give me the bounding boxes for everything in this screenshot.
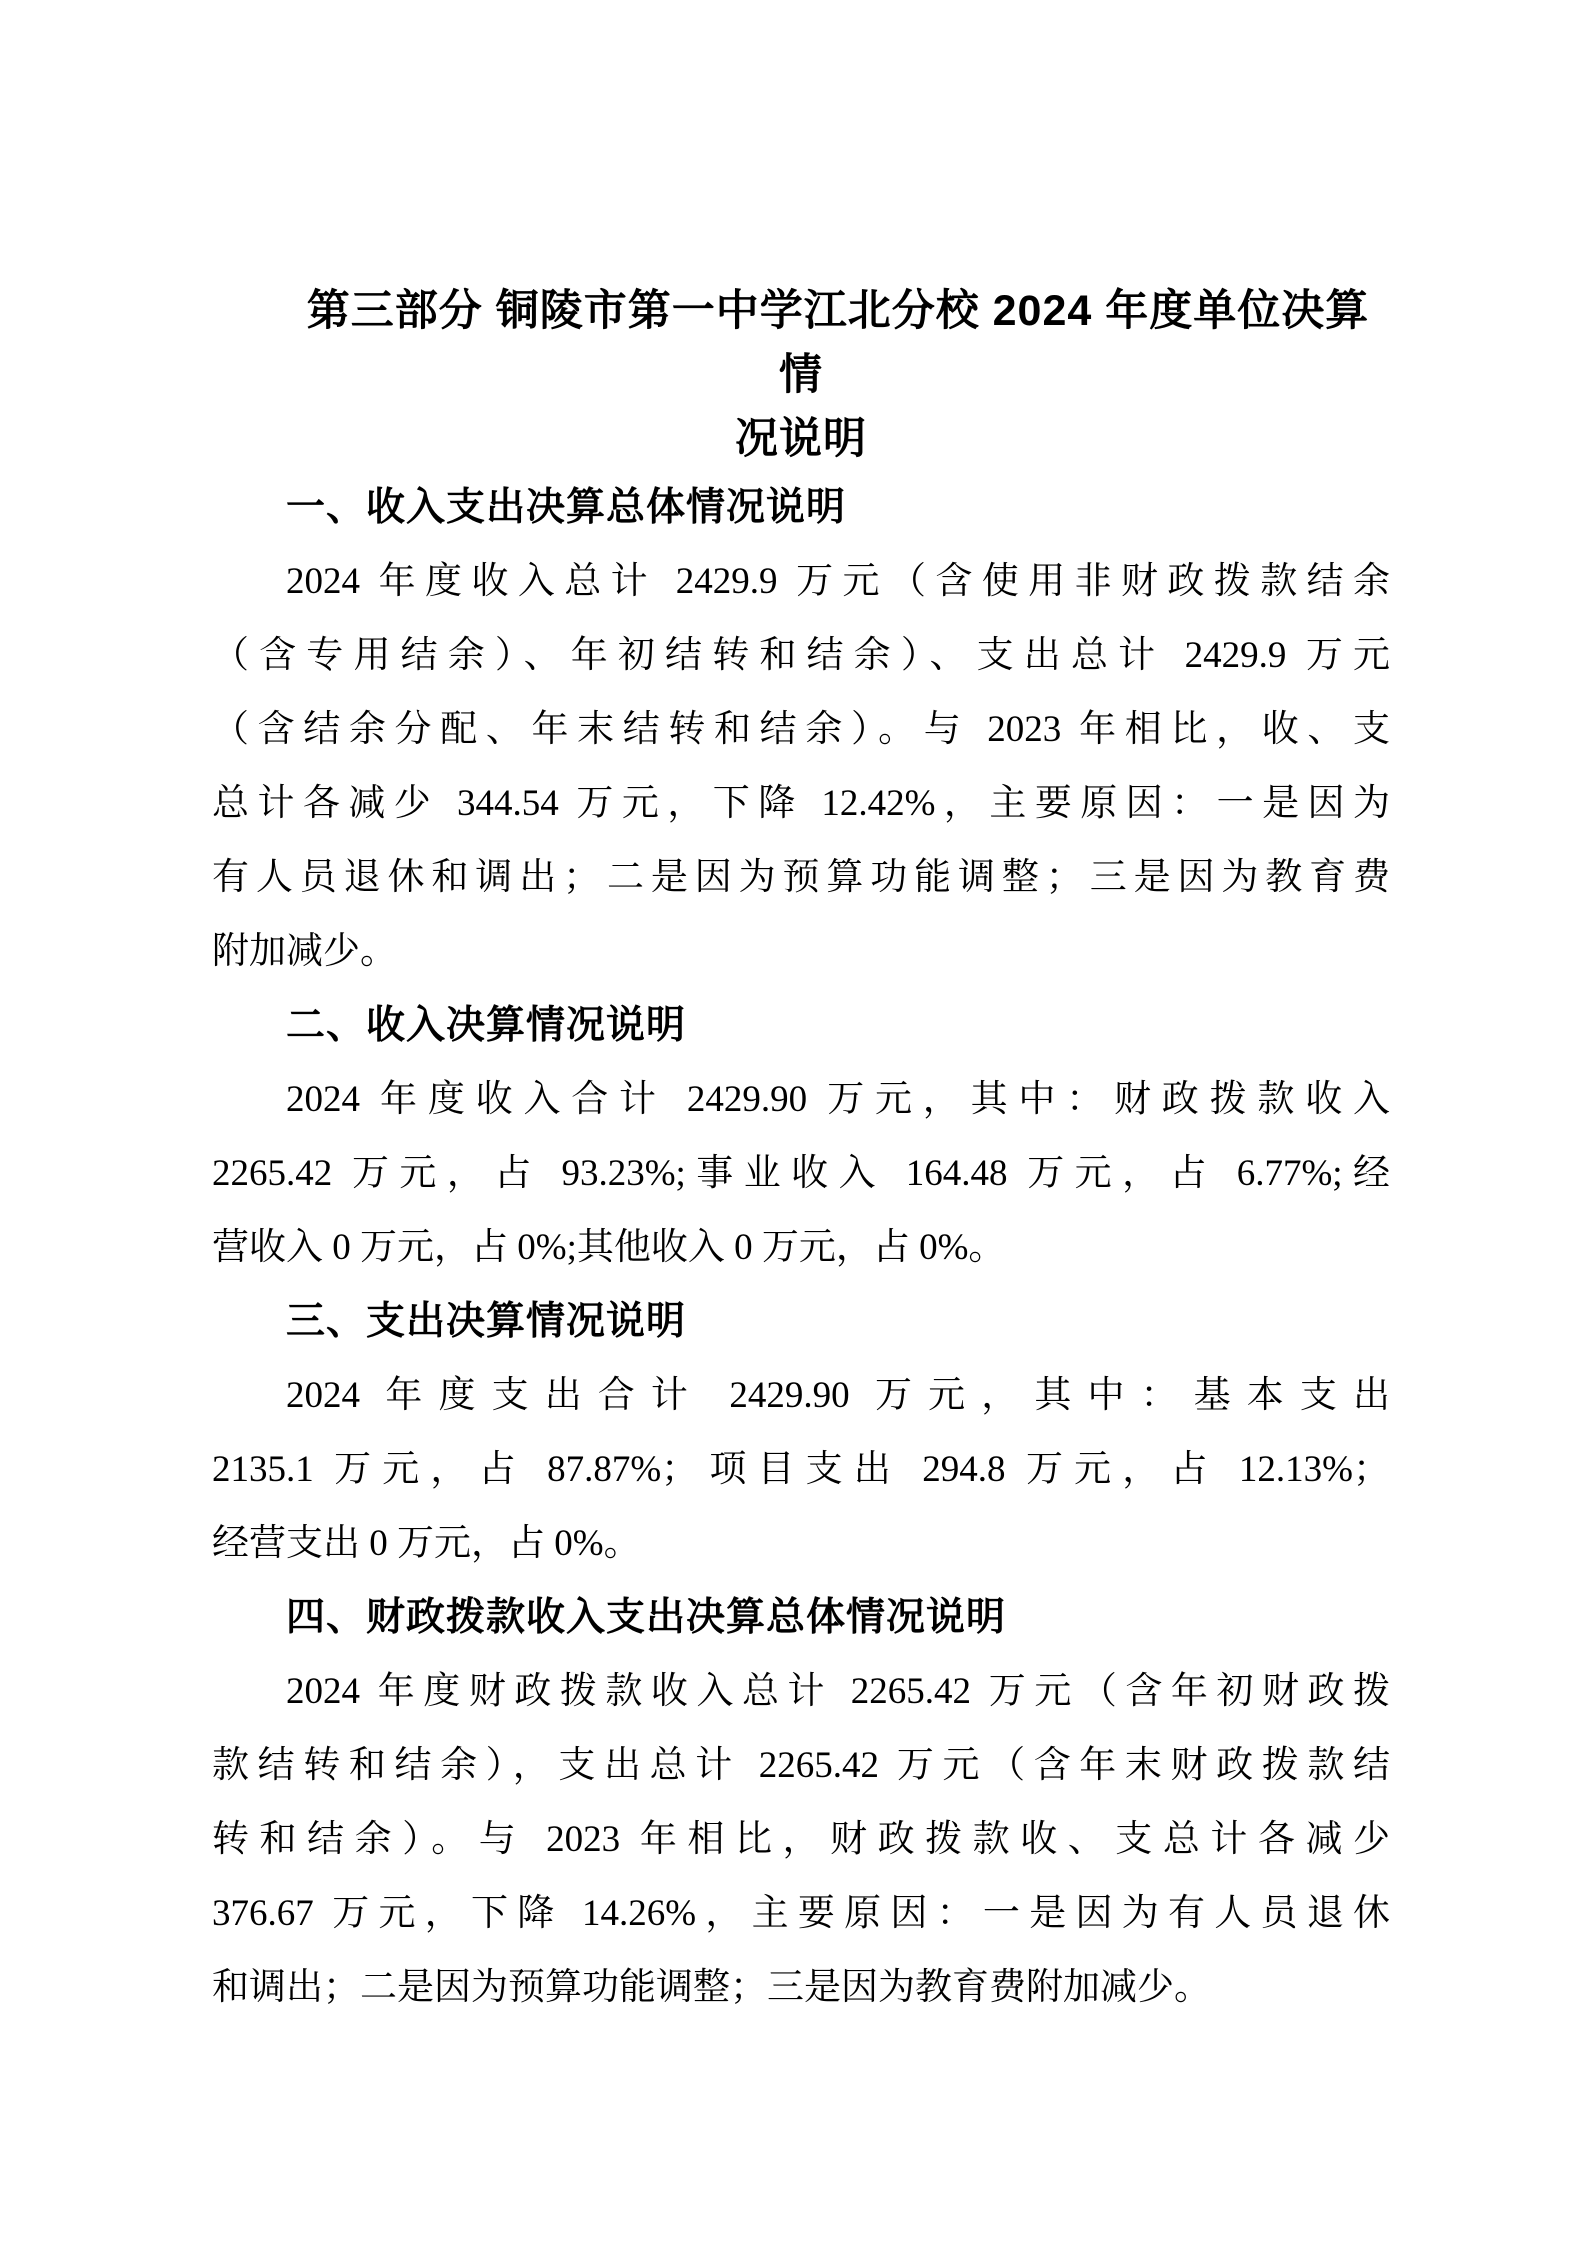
document-title: 第三部分 铜陵市第一中学江北分校 2024 年度单位决算情 况说明	[212, 279, 1390, 471]
paragraph-line: 2024 年度收入总计 2429.9 万元（含使用非财政拨款结余	[212, 545, 1390, 619]
paragraph-line: 和调出；二是因为预算功能调整；三是因为教育费附加减少。	[212, 1951, 1390, 2025]
section-3-heading: 三、支出决算情况说明	[212, 1285, 1390, 1359]
document-page: 第三部分 铜陵市第一中学江北分校 2024 年度单位决算情 况说明 一、收入支出…	[0, 0, 1587, 2245]
paragraph-line: 2265.42 万元，占 93.23%;事业收入 164.48 万元，占 6.7…	[212, 1137, 1390, 1211]
paragraph-line: 转和结余）。与 2023 年相比，财政拨款收、支总计各减少	[212, 1803, 1390, 1877]
section-2-heading: 二、收入决算情况说明	[212, 989, 1390, 1063]
section-2-paragraph: 2024 年度收入合计 2429.90 万元，其中：财政拨款收入 2265.42…	[212, 1063, 1390, 1285]
section-4-paragraph: 2024 年度财政拨款收入总计 2265.42 万元（含年初财政拨 款结转和结余…	[212, 1655, 1390, 2025]
section-3-paragraph: 2024 年度支出合计 2429.90 万元，其中：基本支出 2135.1 万元…	[212, 1359, 1390, 1581]
document-content: 第三部分 铜陵市第一中学江北分校 2024 年度单位决算情 况说明 一、收入支出…	[212, 279, 1390, 2025]
section-1-paragraph: 2024 年度收入总计 2429.9 万元（含使用非财政拨款结余 （含专用结余）…	[212, 545, 1390, 989]
section-income-expenditure-overall: 一、收入支出决算总体情况说明 2024 年度收入总计 2429.9 万元（含使用…	[212, 471, 1390, 989]
paragraph-line: 2024 年度支出合计 2429.90 万元，其中：基本支出	[212, 1359, 1390, 1433]
section-expenditure-details: 三、支出决算情况说明 2024 年度支出合计 2429.90 万元，其中：基本支…	[212, 1285, 1390, 1581]
section-4-heading: 四、财政拨款收入支出决算总体情况说明	[212, 1581, 1390, 1655]
paragraph-line: 附加减少。	[212, 915, 1390, 989]
section-income-details: 二、收入决算情况说明 2024 年度收入合计 2429.90 万元，其中：财政拨…	[212, 989, 1390, 1285]
paragraph-line: 款结转和结余），支出总计 2265.42 万元（含年末财政拨款结	[212, 1729, 1390, 1803]
paragraph-line: 营收入 0 万元，占 0%;其他收入 0 万元，占 0%。	[212, 1211, 1390, 1285]
paragraph-line: 2135.1 万元，占 87.87%；项目支出 294.8 万元，占 12.13…	[212, 1433, 1390, 1507]
paragraph-line: （含专用结余）、年初结转和结余）、支出总计 2429.9 万元	[212, 619, 1390, 693]
title-line-1: 第三部分 铜陵市第一中学江北分校 2024 年度单位决算情	[212, 279, 1390, 407]
paragraph-line: 经营支出 0 万元，占 0%。	[212, 1507, 1390, 1581]
paragraph-line: 2024 年度财政拨款收入总计 2265.42 万元（含年初财政拨	[212, 1655, 1390, 1729]
section-1-heading: 一、收入支出决算总体情况说明	[212, 471, 1390, 545]
section-fiscal-appropriation-overall: 四、财政拨款收入支出决算总体情况说明 2024 年度财政拨款收入总计 2265.…	[212, 1581, 1390, 2025]
paragraph-line: 有人员退休和调出；二是因为预算功能调整；三是因为教育费	[212, 841, 1390, 915]
title-line-2: 况说明	[212, 407, 1390, 471]
paragraph-line: 2024 年度收入合计 2429.90 万元，其中：财政拨款收入	[212, 1063, 1390, 1137]
paragraph-line: 376.67 万元，下降 14.26%，主要原因：一是因为有人员退休	[212, 1877, 1390, 1951]
paragraph-line: 总计各减少 344.54 万元，下降 12.42%，主要原因：一是因为	[212, 767, 1390, 841]
paragraph-line: （含结余分配、年末结转和结余）。与 2023 年相比，收、支	[212, 693, 1390, 767]
